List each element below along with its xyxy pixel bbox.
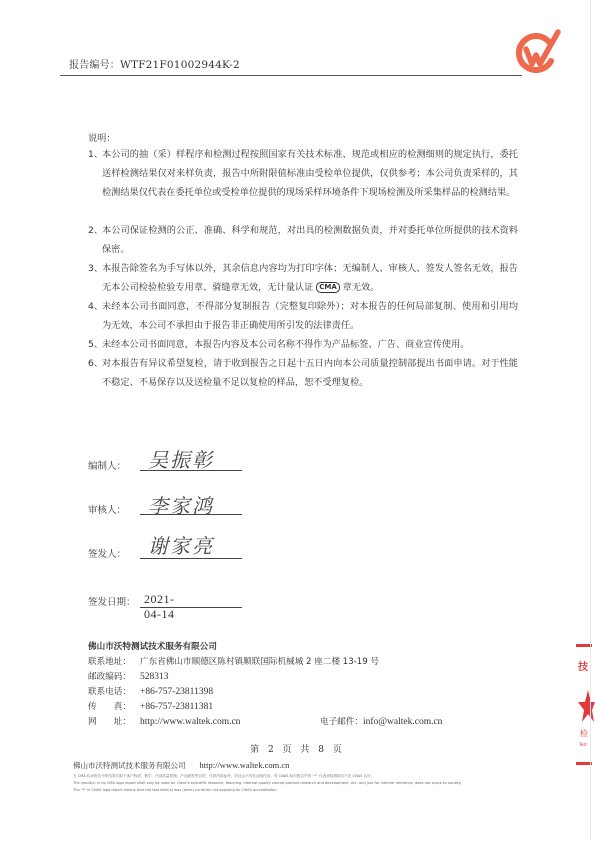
note-text: 本报告除签名为手写体以外，其余信息内容均为打印字体；无编制人、审核人、签发人签名… <box>88 260 518 298</box>
notes-title: 说明： <box>88 130 116 144</box>
company-name: 佛山市沃特测试技术服务有限公司 <box>88 640 217 652</box>
note-number: 4、 <box>88 298 103 317</box>
company-address: 联系地址：广东省佛山市顺德区陈村镇顺联国际机械城 2 座二楼 13-19 号 <box>88 655 379 667</box>
note-number: 6、 <box>88 355 103 374</box>
note-number: 2、 <box>88 222 103 241</box>
note-item-5: 5、 未经本公司书面同意，本报告内容及本公司名称不得作为产品标签、广告、商业宣传… <box>88 336 518 355</box>
waltek-logo-icon <box>511 28 561 78</box>
note-number: 3、 <box>88 260 103 279</box>
footer-company: 佛山市沃特测试技术服务有限公司http://www.waltek.com.cn <box>73 760 289 771</box>
email-link[interactable]: info@waltek.com.cn <box>363 717 442 727</box>
report-number-label: 报告编号： <box>69 60 120 71</box>
note-number: 1、 <box>88 146 103 165</box>
note-item-3: 3、 本报告除签名为手写体以外，其余信息内容均为打印字体；无编制人、审核人、签发… <box>88 260 518 298</box>
seam-stamp-icon: 技 检 Test <box>574 640 595 770</box>
postcode-label: 邮政编码： <box>88 670 140 682</box>
fax-label: 传 真： <box>88 700 140 712</box>
company-website: 网 址：http://www.waltek.com.cn <box>88 715 240 727</box>
cma-badge-icon: CMA <box>316 282 340 293</box>
company-postcode: 邮政编码：528313 <box>88 670 169 682</box>
header-divider <box>60 75 522 76</box>
note-item-6: 6、 对本报告有异议希望复检，请于收到报告之日起十五日内向本公司质量控制部提出书… <box>88 355 518 393</box>
report-number-value: WTF21F01002944K-2 <box>120 59 240 71</box>
report-header: 报告编号：WTF21F01002944K-2 <box>60 52 520 76</box>
svg-text:Test: Test <box>578 742 587 747</box>
note-text: 本公司的抽（采）样程序和检测过程按照国家有关技术标准、规范或相应的检测细则的规定… <box>88 146 518 202</box>
note-text: 未经本公司书面同意，本报告内容及本公司名称不得作为产品标签、广告、商业宣传使用。 <box>88 336 518 355</box>
phone-label: 联系电话： <box>88 685 140 697</box>
note-item-2: 2、 本公司保证检测的公正、准确、科学和规范，对出具的检测数据负责，并对委托单位… <box>88 222 518 260</box>
footer-fine-print-cn: 无 CMA 标识报告中的结果仅限于客户科研、教学、内部质量控制、产品研发等目的，… <box>73 774 533 779</box>
footer-fine-print-en-2: The "*" in CNAS logo report means that t… <box>73 788 533 792</box>
footer-company-name: 佛山市沃特测试技术服务有限公司 <box>73 761 186 770</box>
note-number: 5、 <box>88 336 103 355</box>
fax-value: +86-757-23811381 <box>140 702 213 712</box>
company-fax: 传 真：+86-757-23811381 <box>88 700 213 712</box>
phone-value: +86-757-23811398 <box>140 687 213 697</box>
note-text: 未经本公司书面同意，不得部分复制报告（完整复印除外）；对本报告的任何局部复制、使… <box>88 298 518 336</box>
note-text: 对本报告有异议希望复检，请于收到报告之日起十五日内向本公司质量控制部提出书面申请… <box>88 355 518 393</box>
reviewer-signature-line <box>140 514 242 515</box>
postcode-value: 528313 <box>140 672 169 682</box>
note-text-part: 章无效。 <box>340 282 380 293</box>
issue-date-label: 签发日期： <box>88 594 136 608</box>
company-phone: 联系电话：+86-757-23811398 <box>88 685 213 697</box>
note-item-1: 1、 本公司的抽（采）样程序和检测过程按照国家有关技术标准、规范或相应的检测细则… <box>88 146 518 202</box>
issuer-label: 签发人： <box>88 546 126 560</box>
note-text-part: 本报告除签名为手写体以外，其余信息内容均为打印字体；无编制人、审核人、签发人签名… <box>102 263 518 293</box>
footer-fine-print-en-1: The result(s) in no CMA logo report shal… <box>73 781 533 785</box>
address-value: 广东省佛山市顺德区陈村镇顺联国际机械城 2 座二楼 13-19 号 <box>140 657 379 667</box>
email-label: 电子邮件： <box>320 717 363 727</box>
report-number: 报告编号：WTF21F01002944K-2 <box>69 56 240 71</box>
footer-url[interactable]: http://www.waltek.com.cn <box>200 760 290 770</box>
reviewer-label: 审核人： <box>88 502 126 516</box>
page-edge-divider <box>590 0 591 841</box>
note-text: 本公司保证检测的公正、准确、科学和规范，对出具的检测数据负责，并对委托单位所提供… <box>88 222 518 260</box>
compiler-signature-line <box>140 470 242 471</box>
address-label: 联系地址： <box>88 655 140 667</box>
compiler-label: 编制人： <box>88 458 126 472</box>
issuer-signature: 谢家亮 <box>148 530 214 559</box>
svg-text:检: 检 <box>580 728 588 738</box>
issue-date-line <box>140 607 242 608</box>
website-label: 网 址： <box>88 715 140 727</box>
company-email: 电子邮件：info@waltek.com.cn <box>320 715 442 727</box>
issuer-signature-line <box>140 558 242 559</box>
note-item-4: 4、 未经本公司书面同意，不得部分复制报告（完整复印除外）；对本报告的任何局部复… <box>88 298 518 336</box>
page-number: 第 2 页 共 8 页 <box>0 742 595 755</box>
website-link[interactable]: http://www.waltek.com.cn <box>140 717 240 727</box>
compiler-signature: 吴振彰 <box>148 444 214 473</box>
svg-text:技: 技 <box>577 660 588 673</box>
